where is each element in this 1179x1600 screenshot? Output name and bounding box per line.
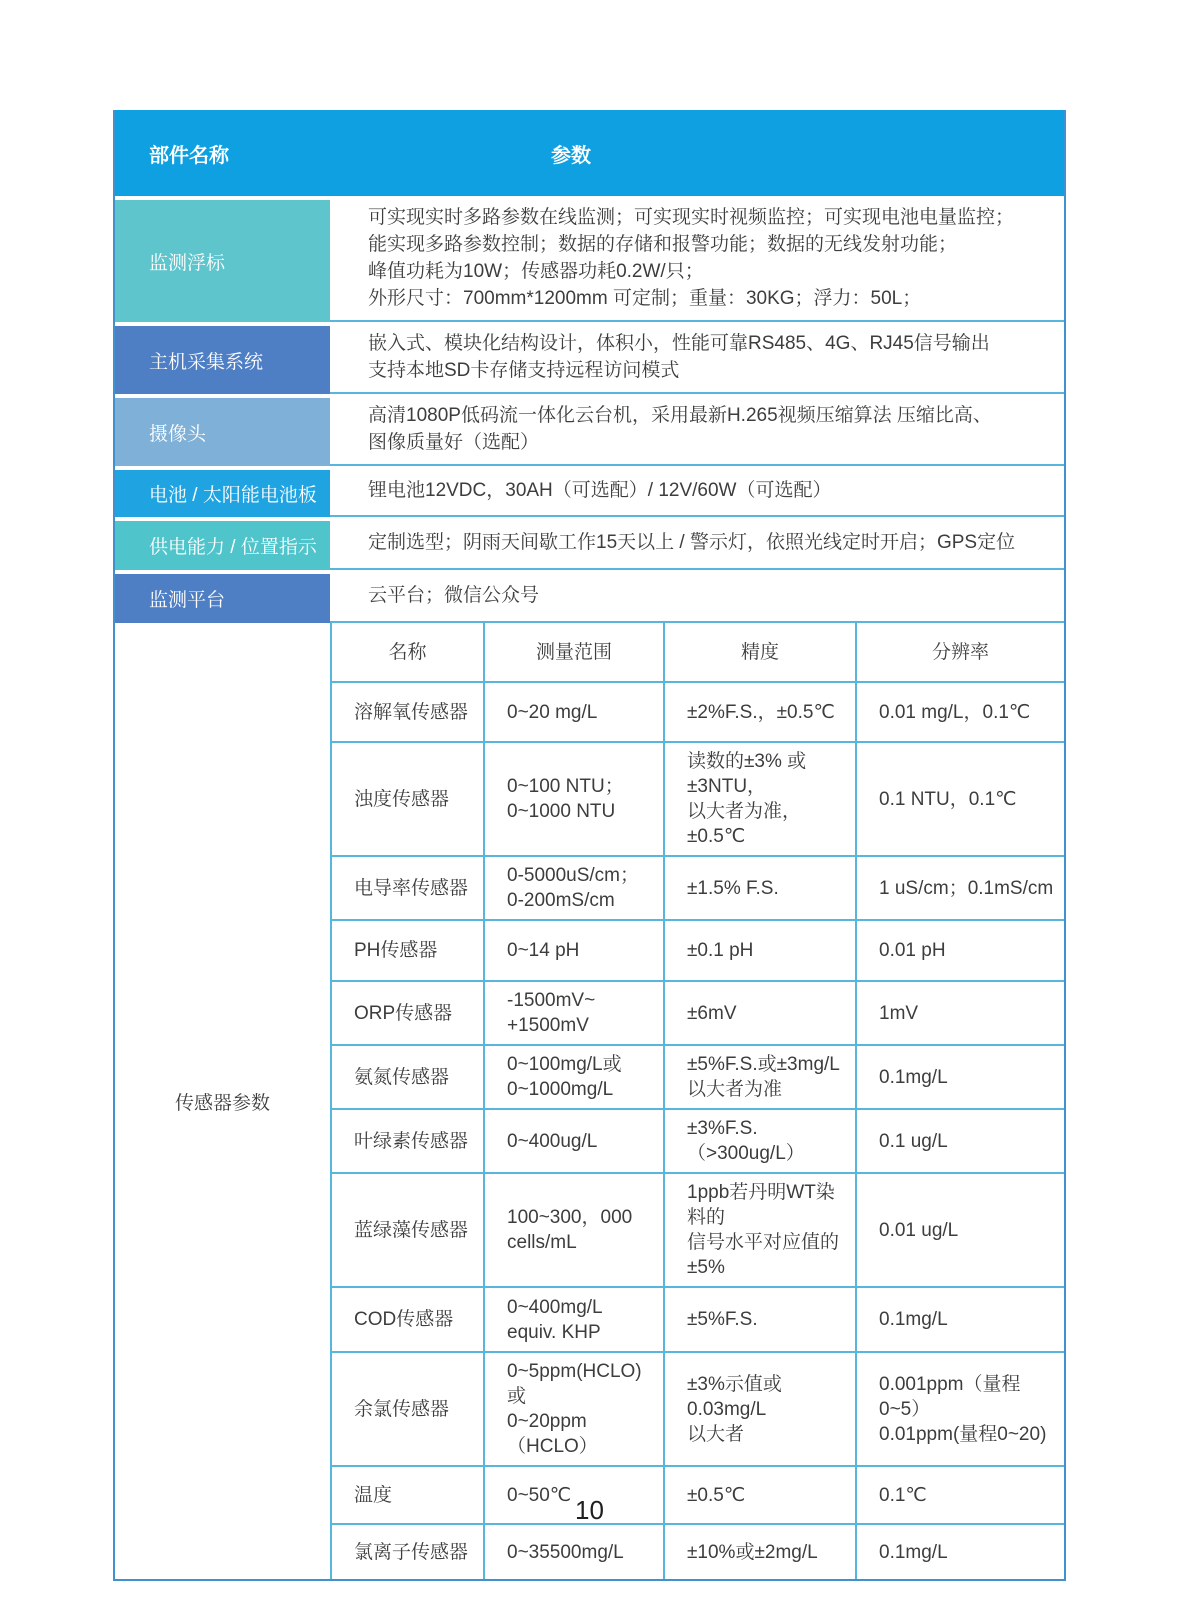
sensor-resolution-cell: 1 uS/cm；0.1mS/cm xyxy=(855,857,1064,919)
sensor-accuracy-cell: 读数的±3% 或±3NTU，以大者为准，±0.5℃ xyxy=(663,743,855,855)
sensor-name-cell: 氯离子传感器 xyxy=(330,1525,483,1579)
sensor-resolution-cell: 0.01 mg/L，0.1℃ xyxy=(855,683,1064,741)
spec-value-cell: 定制选型；阴雨天间歇工作15天以上 / 警示灯，依照光线定时开启；GPS定位 xyxy=(330,517,1064,570)
sensor-name-cell: PH传感器 xyxy=(330,921,483,980)
sensor-range-cell: -1500mV~ +1500mV xyxy=(483,982,663,1044)
sensor-section-label: 传感器参数 xyxy=(115,623,330,1579)
spec-label-cell: 监测浮标 xyxy=(115,196,330,322)
spec-row: 监测平台 云平台；微信公众号 xyxy=(115,570,1064,623)
sensor-row: ORP传感器 -1500mV~ +1500mV ±6mV 1mV xyxy=(330,982,1064,1046)
sensor-row: 叶绿素传感器 0~400ug/L ±3%F.S.（>300ug/L） 0.1 u… xyxy=(330,1110,1064,1174)
sensor-name-cell: 蓝绿藻传感器 xyxy=(330,1174,483,1286)
spec-label-cell: 主机采集系统 xyxy=(115,322,330,394)
sensor-resolution-cell: 0.1mg/L xyxy=(855,1525,1064,1579)
table-header-row: 部件名称 参数 xyxy=(115,110,1064,196)
spec-row: 供电能力 / 位置指示 定制选型；阴雨天间歇工作15天以上 / 警示灯，依照光线… xyxy=(115,517,1064,570)
sensor-row: 氯离子传感器 0~35500mg/L ±10%或±2mg/L 0.1mg/L xyxy=(330,1525,1064,1579)
sensor-row: 浊度传感器 0~100 NTU；0~1000 NTU 读数的±3% 或±3NTU… xyxy=(330,743,1064,857)
col-header-resolution: 分辨率 xyxy=(855,623,1064,681)
sensor-row: 蓝绿藻传感器 100~300，000cells/mL 1ppb若丹明WT染料的信… xyxy=(330,1174,1064,1288)
sensor-resolution-cell: 0.1mg/L xyxy=(855,1288,1064,1351)
sensor-resolution-cell: 0.001ppm（量程0~5）0.01ppm(量程0~20) xyxy=(855,1353,1064,1465)
document-page: 部件名称 参数 监测浮标 可实现实时多路参数在线监测；可实现实时视频监控；可实现… xyxy=(0,0,1179,1600)
sensor-name-cell: COD传感器 xyxy=(330,1288,483,1351)
sensor-name-cell: 浊度传感器 xyxy=(330,743,483,855)
sensor-range-cell: 0-5000uS/cm；0-200mS/cm xyxy=(483,857,663,919)
spec-label-cell: 摄像头 xyxy=(115,394,330,466)
spec-row: 监测浮标 可实现实时多路参数在线监测；可实现实时视频监控；可实现电池电量监控；能… xyxy=(115,196,1064,322)
sensor-resolution-cell: 0.1mg/L xyxy=(855,1046,1064,1108)
sensor-name-cell: 叶绿素传感器 xyxy=(330,1110,483,1172)
spec-row: 主机采集系统 嵌入式、模块化结构设计，体积小，性能可靠RS485、4G、RJ45… xyxy=(115,322,1064,394)
sensor-row: PH传感器 0~14 pH ±0.1 pH 0.01 pH xyxy=(330,921,1064,982)
spec-row: 摄像头 高清1080P低码流一体化云台机，采用最新H.265视频压缩算法 压缩比… xyxy=(115,394,1064,466)
col-header-accuracy: 精度 xyxy=(663,623,855,681)
col-header-name: 名称 xyxy=(330,623,483,681)
spec-label-cell: 供电能力 / 位置指示 xyxy=(115,517,330,570)
sensor-range-cell: 0~35500mg/L xyxy=(483,1525,663,1579)
spec-value-cell: 可实现实时多路参数在线监测；可实现实时视频监控；可实现电池电量监控；能实现多路参… xyxy=(330,196,1064,322)
sensor-accuracy-cell: ±0.1 pH xyxy=(663,921,855,980)
spec-value-cell: 云平台；微信公众号 xyxy=(330,570,1064,623)
sensor-name-cell: 余氯传感器 xyxy=(330,1353,483,1465)
spec-label-cell: 监测平台 xyxy=(115,570,330,623)
sensor-range-cell: 0~100 NTU；0~1000 NTU xyxy=(483,743,663,855)
sensor-range-cell: 0~100mg/L或0~1000mg/L xyxy=(483,1046,663,1108)
sensor-row: COD传感器 0~400mg/Lequiv. KHP ±5%F.S. 0.1mg… xyxy=(330,1288,1064,1353)
component-rows: 监测浮标 可实现实时多路参数在线监测；可实现实时视频监控；可实现电池电量监控；能… xyxy=(115,196,1064,623)
sensor-resolution-cell: 0.01 pH xyxy=(855,921,1064,980)
sensor-range-cell: 0~20 mg/L xyxy=(483,683,663,741)
spec-table: 部件名称 参数 监测浮标 可实现实时多路参数在线监测；可实现实时视频监控；可实现… xyxy=(113,110,1066,1581)
spec-value-cell: 高清1080P低码流一体化云台机，采用最新H.265视频压缩算法 压缩比高、图像… xyxy=(330,394,1064,466)
sensor-range-cell: 0~400ug/L xyxy=(483,1110,663,1172)
spec-value-cell: 嵌入式、模块化结构设计，体积小，性能可靠RS485、4G、RJ45信号输出支持本… xyxy=(330,322,1064,394)
sensor-row: 氨氮传感器 0~100mg/L或0~1000mg/L ±5%F.S.或±3mg/… xyxy=(330,1046,1064,1110)
sensor-table-header: 名称 测量范围 精度 分辨率 xyxy=(330,623,1064,683)
sensor-accuracy-cell: ±10%或±2mg/L xyxy=(663,1525,855,1579)
sensor-accuracy-cell: ±3%示值或0.03mg/L以大者 xyxy=(663,1353,855,1465)
sensor-name-cell: 溶解氧传感器 xyxy=(330,683,483,741)
sensor-name-cell: ORP传感器 xyxy=(330,982,483,1044)
col-header-range: 测量范围 xyxy=(483,623,663,681)
sensor-rows: 溶解氧传感器 0~20 mg/L ±2%F.S.，±0.5℃ 0.01 mg/L… xyxy=(330,683,1064,1579)
sensor-table: 名称 测量范围 精度 分辨率 溶解氧传感器 0~20 mg/L ±2%F.S.，… xyxy=(330,623,1064,1579)
sensor-name-cell: 氨氮传感器 xyxy=(330,1046,483,1108)
sensor-range-cell: 0~5ppm(HCLO)或0~20ppm（HCLO） xyxy=(483,1353,663,1465)
sensor-resolution-cell: 0.1 ug/L xyxy=(855,1110,1064,1172)
sensor-row: 电导率传感器 0-5000uS/cm；0-200mS/cm ±1.5% F.S.… xyxy=(330,857,1064,921)
sensor-resolution-cell: 0.01 ug/L xyxy=(855,1174,1064,1286)
spec-row: 电池 / 太阳能电池板 锂电池12VDC，30AH（可选配）/ 12V/60W（… xyxy=(115,466,1064,517)
sensor-range-cell: 100~300，000cells/mL xyxy=(483,1174,663,1286)
sensor-section: 传感器参数 名称 测量范围 精度 分辨率 溶解氧传感器 0~20 mg/L ±2… xyxy=(115,623,1064,1579)
spec-label-cell: 电池 / 太阳能电池板 xyxy=(115,466,330,517)
sensor-accuracy-cell: ±3%F.S.（>300ug/L） xyxy=(663,1110,855,1172)
sensor-range-cell: 0~14 pH xyxy=(483,921,663,980)
sensor-row: 溶解氧传感器 0~20 mg/L ±2%F.S.，±0.5℃ 0.01 mg/L… xyxy=(330,683,1064,743)
sensor-accuracy-cell: ±2%F.S.，±0.5℃ xyxy=(663,683,855,741)
header-part-name: 部件名称 xyxy=(115,139,330,168)
sensor-accuracy-cell: ±1.5% F.S. xyxy=(663,857,855,919)
sensor-range-cell: 0~400mg/Lequiv. KHP xyxy=(483,1288,663,1351)
page-number: 10 xyxy=(0,1495,1179,1526)
sensor-resolution-cell: 1mV xyxy=(855,982,1064,1044)
sensor-accuracy-cell: 1ppb若丹明WT染料的信号水平对应值的±5% xyxy=(663,1174,855,1286)
sensor-accuracy-cell: ±5%F.S. xyxy=(663,1288,855,1351)
spec-value-cell: 锂电池12VDC，30AH（可选配）/ 12V/60W（可选配） xyxy=(330,466,1064,517)
header-parameters: 参数 xyxy=(330,139,1064,168)
sensor-resolution-cell: 0.1 NTU，0.1℃ xyxy=(855,743,1064,855)
sensor-name-cell: 电导率传感器 xyxy=(330,857,483,919)
sensor-accuracy-cell: ±6mV xyxy=(663,982,855,1044)
sensor-accuracy-cell: ±5%F.S.或±3mg/L以大者为准 xyxy=(663,1046,855,1108)
sensor-row: 余氯传感器 0~5ppm(HCLO)或0~20ppm（HCLO） ±3%示值或0… xyxy=(330,1353,1064,1467)
